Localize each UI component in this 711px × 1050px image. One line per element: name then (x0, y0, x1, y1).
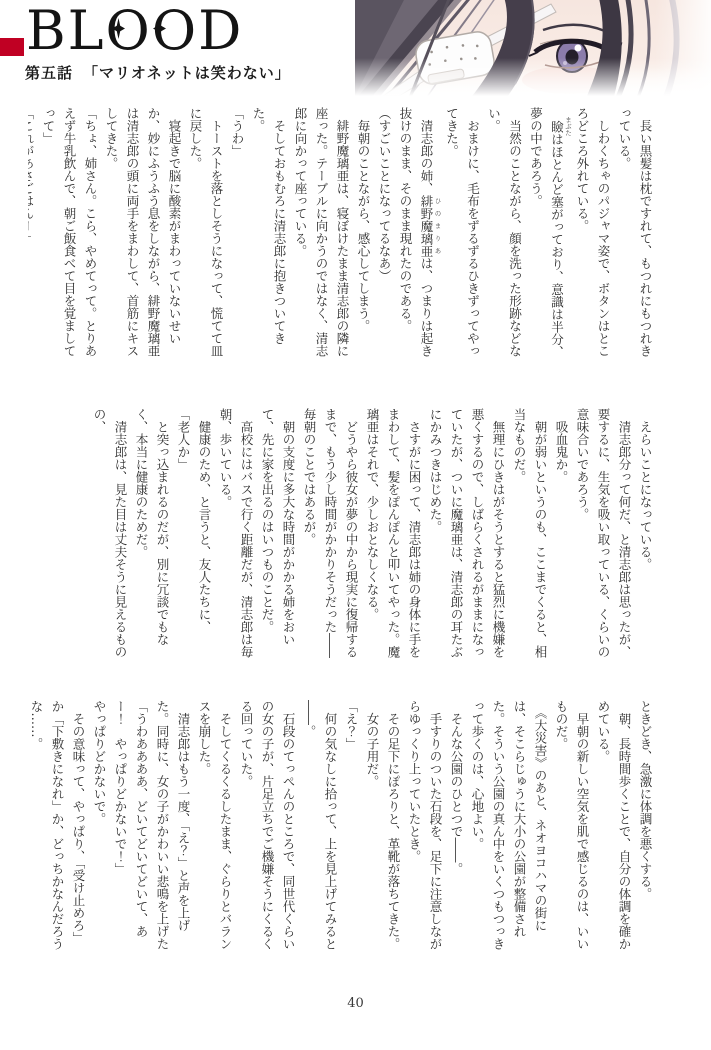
paragraph: えらいことになっている。 (635, 408, 656, 660)
paragraph: トーストを落としそうになって、慌てて皿に戻した。 (185, 107, 227, 359)
paragraph: 石段のてっぺんのところで、同世代くらいの女の子が、片足立ちでご機嫌そうにくるくる… (236, 700, 299, 952)
paragraph: 長い黒髪は枕ですれて、もつれにもつれきっている。 (614, 107, 656, 359)
paragraph: 「これがあさごはんー」 (28, 107, 38, 359)
paragraph: 《大災害》のあと、ネオヨコハマの街には、そこらじゅうに大小の公園が整備された。そ… (467, 700, 551, 952)
paragraph: そしてくるくるしたまま、ぐらりとバランスを崩した。 (194, 700, 236, 952)
episode-number: 第五話 (25, 64, 73, 82)
paragraph: その足下にぽろりと、革靴が落ちてきた。 (383, 700, 404, 952)
novel-page: BLOOD 第五話「マリオネットは笑わない」 (0, 0, 711, 1050)
paragraph: 「え？」 (341, 700, 362, 952)
paragraph: 吸血鬼か。 (551, 408, 572, 660)
paragraph: 早朝の新しい空気を肌で感じるのは、いいものだ。 (551, 700, 593, 952)
paragraph: 女の子用だ。 (362, 700, 383, 952)
paragraph: （すごいことになってるなあ） (374, 107, 395, 359)
paragraph: 清志郎分って何だ、と清志郎は思ったが、要するに、生気を吸い取っている、くらいの意… (572, 408, 635, 660)
paragraph: 清志郎の姉、緋野魔璃亜ひのまりあは、つまりは起き抜けのまま、そのまま現れたのであ… (395, 107, 442, 359)
paragraph: ときどき、急激に体調を悪くする。 (635, 700, 656, 952)
paragraph: 「うわああああ、どいてどいてどいて、あー！ やっぱりどかないで！」 (110, 700, 152, 952)
paragraph: 清志郎はもう一度、「え？」と声を上げた。同時に、女の子がかわいい悲鳴を上げた (152, 700, 194, 952)
paragraph: その意味って、やっぱり、「受け止めろ」か「下敷きになれ」か、どっちかなんだろうな… (28, 700, 89, 952)
text-block-bottom: ときどき、急激に体調を悪くする。 朝、長時間歩くことで、自分の体調を確かめている… (28, 700, 656, 952)
episode-heading: 第五話「マリオネットは笑わない」 (25, 62, 291, 83)
paragraph: そんな公園のひとつで――。 (446, 700, 467, 952)
paragraph: 朝の支度に多大な時間がかかる姉をおいて、先に家を出るのはいつものことだ。 (257, 408, 299, 660)
paragraph: そしておもむろに清志郎に抱きついてきた。 (248, 107, 290, 359)
paragraph: 「うわ」 (227, 107, 248, 359)
eye-illustration-svg (355, 0, 711, 96)
paragraph: 瞼まぶたはほとんど塞がっており、意識は半分、夢の中であろう。 (526, 107, 573, 359)
header-accent-bar (0, 38, 24, 56)
paragraph: 清志郎は、見た目は丈夫そうに見えるものの、 (89, 408, 131, 660)
paragraph: しわくちゃのパジャマ姿で、ボタンはところどころ外れている。 (572, 107, 614, 359)
paragraph: 朝が弱いというのも、ここまでくると、相当なものだ。 (509, 408, 551, 660)
text-block-middle: えらいことになっている。 清志郎分って何だ、と清志郎は思ったが、要するに、生気を… (28, 408, 656, 660)
page-number: 40 (0, 996, 711, 1011)
text-block-top: 長い黒髪は枕ですれて、もつれにもつれきっている。 しわくちゃのパジャマ姿で、ボタ… (28, 107, 656, 359)
paragraph: と突っ込まれるのだが、別に冗談でもなく、本当に健康のためだ。 (131, 408, 173, 660)
paragraph: 寝起きで脳に酸素がまわっていないせいか、妙にふうふう息をしながら、緋野魔璃亜は清… (101, 107, 185, 359)
paragraph: おまけに、毛布をずるずるひきずってやってきた。 (442, 107, 484, 359)
eye-illustration (355, 0, 711, 96)
paragraph: 「老人か」 (173, 408, 194, 660)
paragraph: 手すりのついた石段を、足下に注意しながらゆっくり上っていたとき。 (404, 700, 446, 952)
paragraph: どうやら彼女が夢の中から現実に復帰するまで、もう少し時間がかかりそうだった――毎… (299, 408, 362, 660)
series-logo: BLOOD (26, 0, 243, 62)
series-logo-text: BLOOD (26, 0, 243, 62)
paragraph: 緋野魔璃亜は、寝ぼけたまま清志郎の隣に座った。テーブルに向かうのではなく、清志郎… (290, 107, 353, 359)
paragraph: 高校にはバスで行く距離だが、清志郎は毎朝、歩いている。 (215, 408, 257, 660)
paragraph: 当然のことながら、顔を洗った形跡などない。 (484, 107, 526, 359)
paragraph: 「ちょ、姉さん。こら、やめてって。とりあえず牛乳飲んで、朝ご飯食べて目を覚まして… (38, 107, 101, 359)
paragraph: 何の気なしに拾って、上を見上げてみると――。 (299, 700, 341, 952)
paragraph: やっぱりどかないで。 (89, 700, 110, 952)
paragraph: 無理にひきはがそうとすると猛烈に機嫌を悪くするので、しばらくされるがままになって… (425, 408, 509, 660)
episode-title: 「マリオネットは笑わない」 (83, 64, 291, 82)
paragraph: 毎朝のことながら、感心してしまう。 (353, 107, 374, 359)
paragraph: さすがに困って、清志郎は姉の身体に手をまわして、髪をぽんぽんと叩いてやった。魔璃… (362, 408, 425, 660)
paragraph: 朝、長時間歩くことで、自分の体調を確かめている。 (593, 700, 635, 952)
paragraph: 健康のため、と言うと、友人たちに、 (194, 408, 215, 660)
